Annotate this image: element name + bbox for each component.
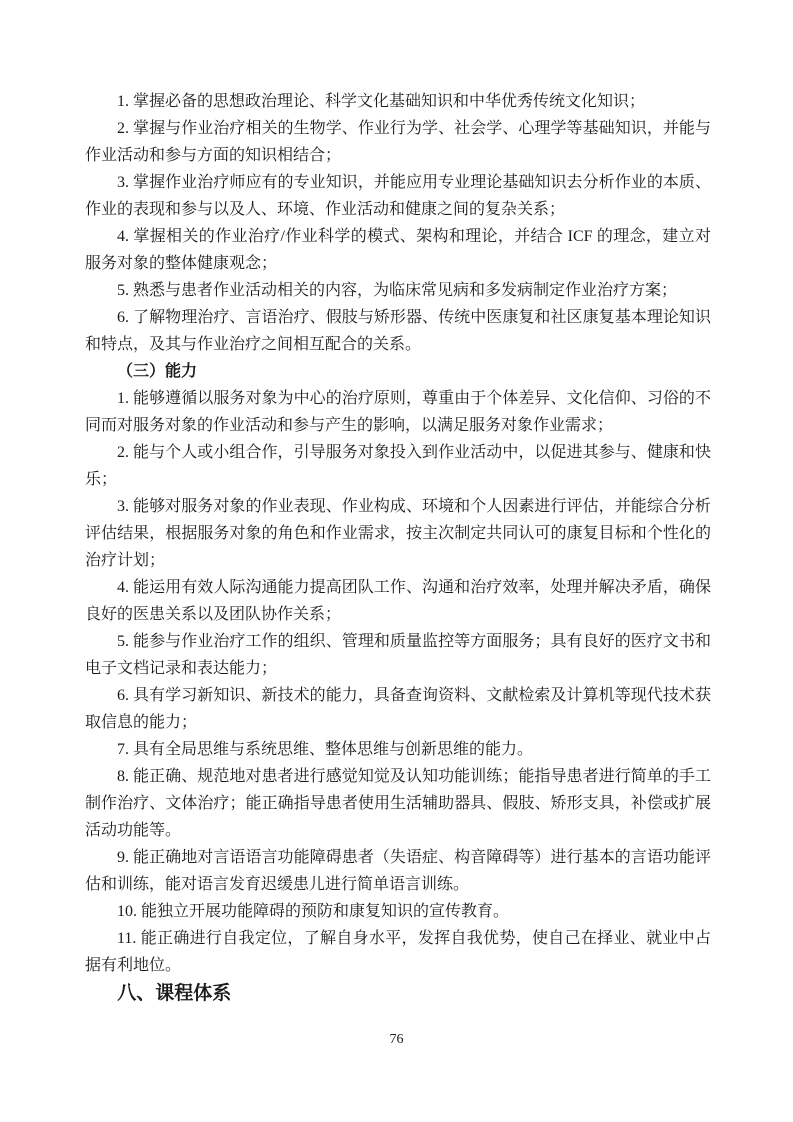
list-item: 2. 掌握与作业治疗相关的生物学、作业行为学、社会学、心理学等基础知识，并能与作…	[85, 115, 711, 169]
list-item: 8. 能正确、规范地对患者进行感觉知觉及认知功能训练；能指导患者进行简单的手工制…	[85, 763, 711, 844]
section-heading: （三）能力	[85, 358, 711, 385]
list-item: 4. 掌握相关的作业治疗/作业科学的模式、架构和理论，并结合 ICF 的理念，建…	[85, 223, 711, 277]
list-item: 6. 了解物理治疗、言语治疗、假肢与矫形器、传统中医康复和社区康复基本理论知识和…	[85, 304, 711, 358]
list-item: 6. 具有学习新知识、新技术的能力，具备查询资料、文献检索及计算机等现代技术获取…	[85, 682, 711, 736]
list-item: 5. 熟悉与患者作业活动相关的内容，为临床常见病和多发病制定作业治疗方案；	[85, 277, 711, 304]
chapter-heading: 八、课程体系	[85, 979, 711, 1009]
list-item: 9. 能正确地对言语语言功能障碍患者（失语症、构音障碍等）进行基本的言语功能评估…	[85, 844, 711, 898]
list-item: 11. 能正确进行自我定位，了解自身水平，发挥自我优势，使自己在择业、就业中占据…	[85, 925, 711, 979]
list-item: 1. 掌握必备的思想政治理论、科学文化基础知识和中华优秀传统文化知识；	[85, 88, 711, 115]
list-item: 3. 掌握作业治疗师应有的专业知识，并能应用专业理论基础知识去分析作业的本质、作…	[85, 169, 711, 223]
document-page: 1. 掌握必备的思想政治理论、科学文化基础知识和中华优秀传统文化知识； 2. 掌…	[0, 0, 793, 1122]
page-number: 76	[0, 1032, 793, 1048]
list-item: 1. 能够遵循以服务对象为中心的治疗原则，尊重由于个体差异、文化信仰、习俗的不同…	[85, 385, 711, 439]
list-item: 3. 能够对服务对象的作业表现、作业构成、环境和个人因素进行评估，并能综合分析评…	[85, 493, 711, 574]
list-item: 5. 能参与作业治疗工作的组织、管理和质量监控等方面服务；具有良好的医疗文书和电…	[85, 628, 711, 682]
list-item: 4. 能运用有效人际沟通能力提高团队工作、沟通和治疗效率，处理并解决矛盾，确保良…	[85, 574, 711, 628]
document-content: 1. 掌握必备的思想政治理论、科学文化基础知识和中华优秀传统文化知识； 2. 掌…	[85, 88, 711, 1009]
list-item: 10. 能独立开展功能障碍的预防和康复知识的宣传教育。	[85, 898, 711, 925]
list-item: 2. 能与个人或小组合作，引导服务对象投入到作业活动中，以促进其参与、健康和快乐…	[85, 439, 711, 493]
list-item: 7. 具有全局思维与系统思维、整体思维与创新思维的能力。	[85, 736, 711, 763]
